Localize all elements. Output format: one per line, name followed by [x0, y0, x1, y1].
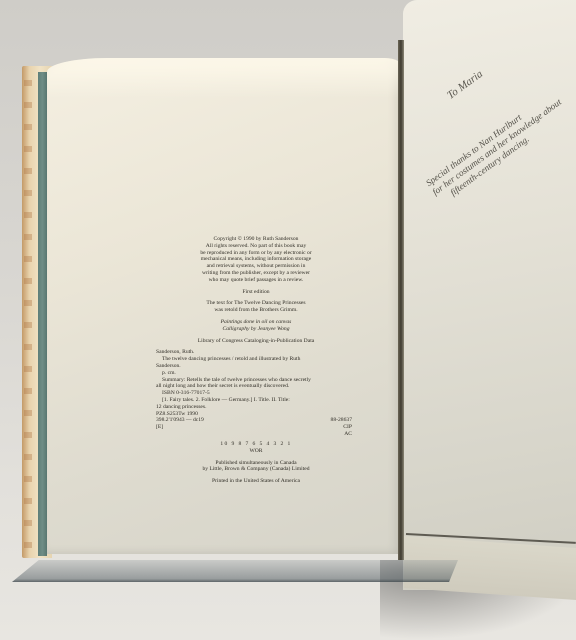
cip-line: [1. Fairy tales. 2. Folklore — Germany.]… — [156, 397, 356, 404]
printed-in: Printed in the United States of America — [156, 478, 356, 485]
cip-line: 398.2'1'0943 — dc19 — [156, 417, 356, 424]
ac-label: AC — [344, 431, 352, 438]
book-photo: Copyright © 1990 by Ruth Sanderson All r… — [0, 0, 576, 640]
rights-line: All rights reserved. No part of this boo… — [156, 243, 356, 250]
printer-code: WOR — [156, 448, 356, 455]
rights-line: mechanical means, including information … — [156, 256, 356, 263]
copyright-block: Copyright © 1990 by Ruth Sanderson All r… — [156, 236, 356, 485]
book-gutter — [398, 40, 404, 560]
rights-line: writing from the publisher, except by a … — [156, 270, 356, 277]
cip-line: PZ8.S253Tw 1990 — [156, 411, 356, 418]
cover-foxing — [24, 80, 32, 550]
cip-line: Sanderson. — [156, 363, 356, 370]
cip-label: CIP — [343, 424, 352, 431]
printing-number-line: 10 9 8 7 6 5 4 3 2 1 — [156, 441, 356, 448]
text-note-line: was retold from the Brothers Grimm. — [156, 307, 356, 314]
rights-line: who may quote brief passages in a review… — [156, 277, 356, 284]
cip-line: Sanderson, Ruth. — [156, 349, 356, 356]
endpaper-stripe — [38, 72, 47, 556]
cip-line: 12 dancing princesses. — [156, 404, 356, 411]
acrylic-stand — [12, 560, 458, 582]
rights-line: and retrieval systems, without permissio… — [156, 263, 356, 270]
cip-line: ISBN 0-316-77017-5 — [156, 390, 356, 397]
paintings-credit: Paintings done in oil on canvas — [221, 319, 292, 325]
cip-line: p. cm. — [156, 370, 356, 377]
cip-line: [E] — [156, 424, 356, 431]
cip-heading: Library of Congress Cataloging-in-Public… — [156, 338, 356, 345]
cip-data: Sanderson, Ruth. The twelve dancing prin… — [156, 349, 356, 431]
cip-line: all night long and how their secret is e… — [156, 383, 356, 390]
copyright-line: Copyright © 1990 by Ruth Sanderson — [156, 236, 356, 243]
cip-line: The twelve dancing princesses / retold a… — [156, 356, 356, 363]
published-line: by Little, Brown & Company (Canada) Limi… — [156, 466, 356, 473]
lccn: 88-28637 — [331, 417, 352, 424]
cip-line: Summary: Retells the tale of twelve prin… — [156, 377, 356, 384]
calligraphy-credit: Calligraphy by Jeanyee Wong — [222, 326, 289, 332]
edition: First edition — [156, 289, 356, 296]
